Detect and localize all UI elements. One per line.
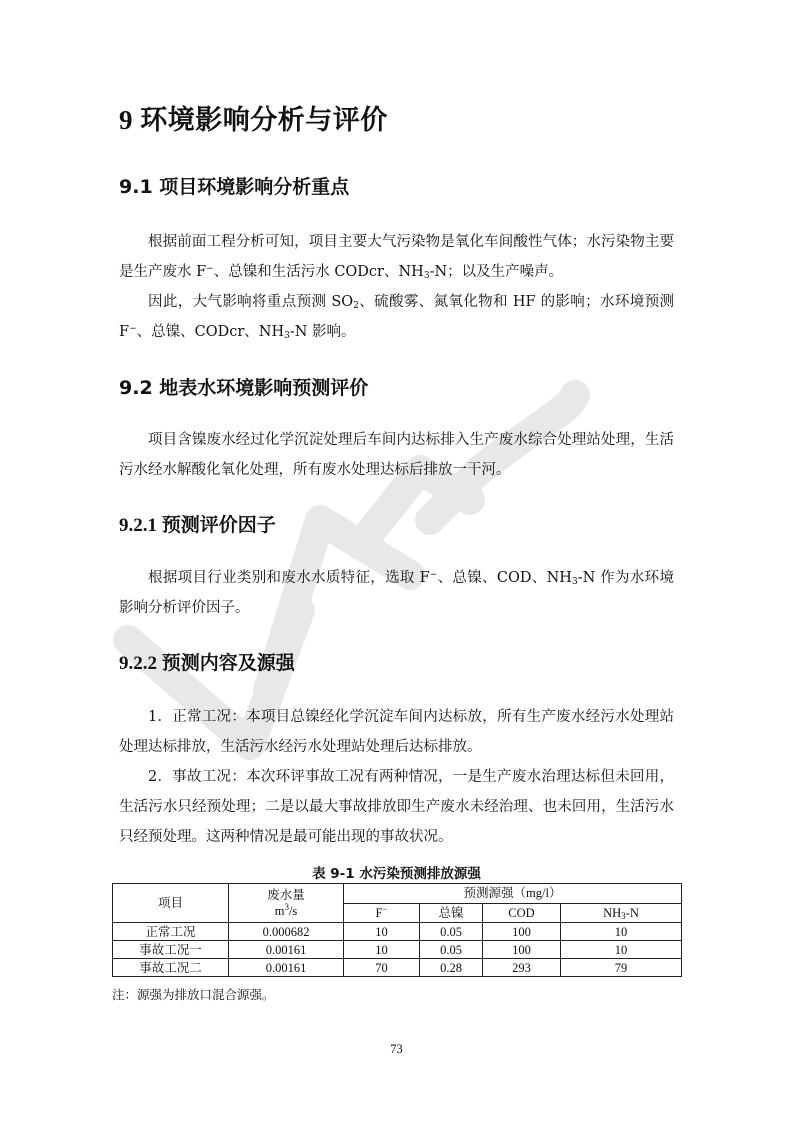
section-9-1-paragraph-2: 因此，大气影响将重点预测 SO2、硫酸雾、氮氧化物和 HF 的影响；水环境预测 … — [119, 287, 674, 347]
cell-cod: 100 — [483, 923, 561, 941]
header-nh3n: NH3-N — [561, 903, 682, 923]
cell-item: 正常工况 — [113, 923, 229, 941]
header-item: 项目 — [113, 884, 229, 923]
section-9-2-2-paragraph-2: 2．事故工况：本次环评事故工况有两种情况，一是生产废水治理达标但未回用，生活污水… — [119, 762, 674, 852]
header-cod: COD — [483, 903, 561, 923]
cell-item: 事故工况一 — [113, 941, 229, 959]
table-note: 注：源强为排放口混合源强。 — [112, 985, 275, 1003]
header-predicted-strength: 预测源强（mg/l） — [344, 884, 682, 904]
chapter-title: 9 环境影响分析与评价 — [119, 98, 388, 137]
cell-f: 70 — [344, 959, 420, 977]
cell-f: 10 — [344, 941, 420, 959]
cell-nh3n: 10 — [561, 941, 682, 959]
cell-ni: 0.05 — [420, 941, 483, 959]
cell-flow: 0.00161 — [229, 959, 344, 977]
table-header-row-1: 项目 废水量m3/s 预测源强（mg/l） — [113, 884, 682, 904]
page-number: 73 — [0, 1042, 793, 1057]
cell-flow: 0.000682 — [229, 923, 344, 941]
cell-item: 事故工况二 — [113, 959, 229, 977]
section-title-9-2: 9.2 地表水环境影响预测评价 — [119, 373, 368, 400]
cell-flow: 0.00161 — [229, 941, 344, 959]
cell-nh3n: 10 — [561, 923, 682, 941]
cell-cod: 293 — [483, 959, 561, 977]
section-9-2-paragraph: 项目含镍废水经过化学沉淀处理后车间内达标排入生产废水综合处理站处理，生活污水经水… — [119, 425, 674, 485]
cell-cod: 100 — [483, 941, 561, 959]
section-title-9-1: 9.1 项目环境影响分析重点 — [119, 172, 349, 199]
header-flow: 废水量m3/s — [229, 884, 344, 923]
cell-nh3n: 79 — [561, 959, 682, 977]
document-page: 9 环境影响分析与评价 9.1 项目环境影响分析重点 根据前面工程分析可知，项目… — [0, 0, 793, 1122]
cell-f: 10 — [344, 923, 420, 941]
section-title-9-2-2: 9.2.2 预测内容及源强 — [119, 648, 295, 675]
table-row: 事故工况二 0.00161 70 0.28 293 79 — [113, 959, 682, 977]
table-caption: 表 9-1 水污染预测排放源强 — [119, 862, 674, 882]
header-total-nickel: 总镍 — [420, 903, 483, 923]
section-title-9-2-1: 9.2.1 预测评价因子 — [119, 510, 276, 537]
header-f: F− — [344, 903, 420, 923]
table-row: 事故工况一 0.00161 10 0.05 100 10 — [113, 941, 682, 959]
source-strength-table: 项目 废水量m3/s 预测源强（mg/l） F− 总镍 COD NH3-N 正常… — [112, 883, 682, 977]
cell-ni: 0.28 — [420, 959, 483, 977]
section-9-2-2-paragraph-1: 1．正常工况：本项目总镍经化学沉淀车间内达标放，所有生产废水经污水处理站处理达标… — [119, 702, 674, 762]
cell-ni: 0.05 — [420, 923, 483, 941]
section-9-1-paragraph-1: 根据前面工程分析可知，项目主要大气污染物是氧化车间酸性气体；水污染物主要是生产废… — [119, 227, 674, 287]
section-9-2-1-paragraph: 根据项目行业类别和废水水质特征，选取 F−、总镍、COD、NH3-N 作为水环境… — [119, 563, 674, 623]
table-row: 正常工况 0.000682 10 0.05 100 10 — [113, 923, 682, 941]
